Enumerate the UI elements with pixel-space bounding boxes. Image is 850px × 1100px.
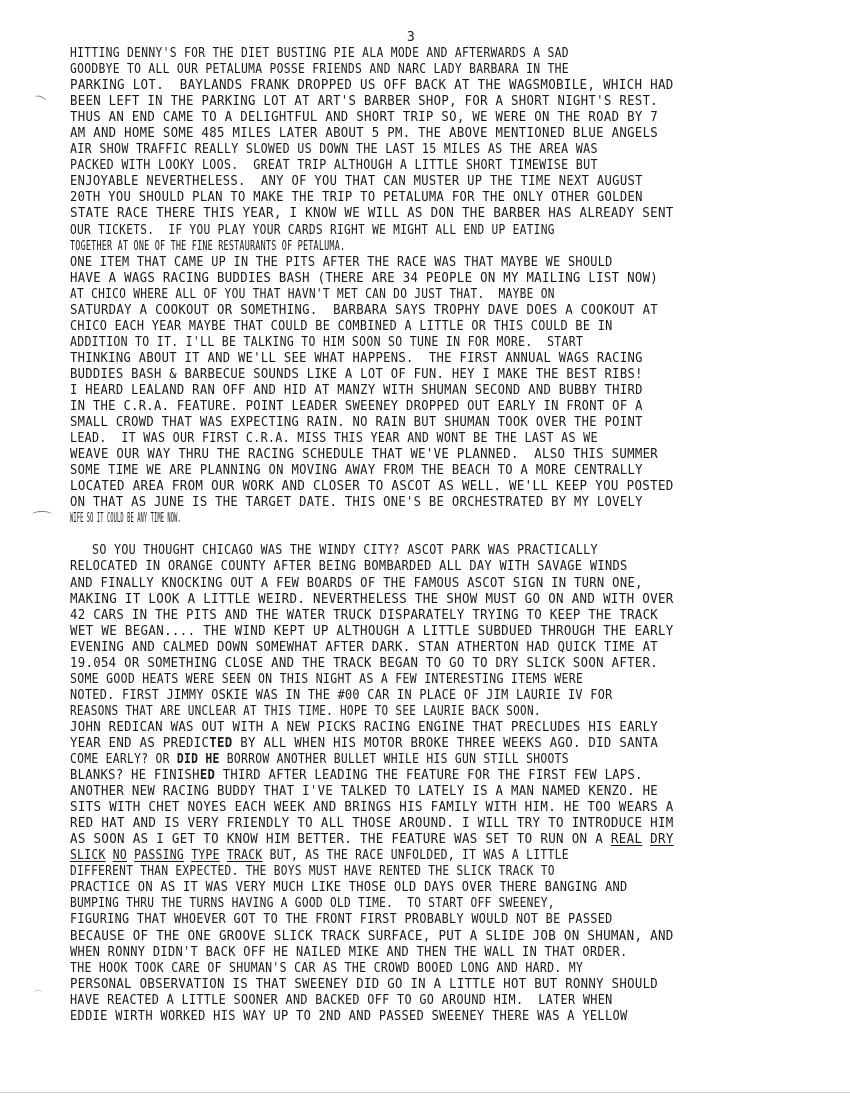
bold-text-run: TED	[209, 736, 232, 751]
text-line: DIFFERENT THAN EXPECTED. THE BOYS MUST H…	[70, 864, 731, 880]
text-line: PERSONAL OBSERVATION IS THAT SWEENEY DID…	[70, 977, 798, 993]
paragraph-gap	[70, 527, 850, 543]
underlined-text: SLICK	[70, 848, 106, 863]
paragraph-trip-home: HITTING DENNY'S FOR THE DIET BUSTING PIE…	[70, 46, 850, 255]
text-line: TOGETHER AT ONE OF THE FINE RESTAURANTS …	[70, 239, 568, 255]
text-run: THIRD AFTER LEADING THE FEATURE FOR THE …	[215, 768, 643, 783]
text-line: HITTING DENNY'S FOR THE DIET BUSTING PIE…	[70, 46, 741, 62]
text-line: RELOCATED IN ORANGE COUNTY AFTER BEING B…	[70, 559, 779, 575]
text-line: SOME GOOD HEATS WERE SEEN ON THIS NIGHT …	[70, 672, 750, 688]
text-run: COME EARLY? OR	[70, 752, 177, 767]
text-line: THINKING ABOUT IT AND WE'LL SEE WHAT HAP…	[70, 351, 789, 367]
text-run: BORROW ANOTHER BULLET WHILE HIS GUN STIL…	[220, 752, 569, 767]
text-run: YEAR END AS PREDIC	[70, 736, 209, 751]
text-line: ANOTHER NEW RACING BUDDY THAT I'VE TALKE…	[70, 784, 798, 800]
text-line: PARKING LOT. BAYLANDS FRANK DROPPED US O…	[70, 78, 808, 94]
bold-text-run: ED	[200, 768, 215, 783]
text-line: THE HOOK TOOK CARE OF SHUMAN'S CAR AS TH…	[70, 961, 750, 977]
text-run: BUT, AS THE RACE UNFOLDED, IT WAS A LITT…	[262, 848, 568, 863]
text-line: BEEN LEFT IN THE PARKING LOT AT ART'S BA…	[70, 94, 798, 110]
margin-pencil-mark	[32, 511, 52, 518]
text-line: YEAR END AS PREDICTED BY ALL WHEN HIS MO…	[70, 736, 798, 752]
text-line: THUS AN END CAME TO A DELIGHTFUL AND SHO…	[70, 110, 798, 126]
text-line: 19.054 OR SOMETHING CLOSE AND THE TRACK …	[70, 656, 798, 672]
text-line: CHICO EACH YEAR MAYBE THAT COULD BE COMB…	[70, 319, 769, 335]
text-line: SATURDAY A COOKOUT OR SOMETHING. BARBARA…	[70, 303, 798, 319]
text-line: ON THAT AS JUNE IS THE TARGET DATE. THIS…	[70, 495, 789, 511]
text-line: BUDDIES BASH & BARBECUE SOUNDS LIKE A LO…	[70, 367, 789, 383]
text-line: 42 CARS IN THE PITS AND THE WATER TRUCK …	[70, 608, 798, 624]
underlined-text: PASSING	[134, 848, 184, 863]
text-line: AS SOON AS I GET TO KNOW HIM BETTER. THE…	[70, 832, 808, 848]
text-line: AIR SHOW TRAFFIC REALLY SLOWED US DOWN T…	[70, 142, 760, 158]
paragraph-ascot-report: SO YOU THOUGHT CHICAGO WAS THE WINDY CIT…	[70, 543, 850, 1024]
text-line: 20TH YOU SHOULD PLAN TO MAKE THE TRIP TO…	[70, 190, 789, 206]
text-line: BECAUSE OF THE ONE GROOVE SLICK TRACK SU…	[70, 929, 808, 945]
text-line: HAVE A WAGS RACING BUDDIES BASH (THERE A…	[70, 271, 798, 287]
text-line: COME EARLY? OR DID HE BORROW ANOTHER BUL…	[70, 752, 741, 768]
text-line: SMALL CROWD THAT WAS EXPECTING RAIN. NO …	[70, 415, 789, 431]
text-line: ENJOYABLE NEVERTHELESS. ANY OF YOU THAT …	[70, 174, 789, 190]
text-line: LEAD. IT WAS OUR FIRST C.R.A. MISS THIS …	[70, 431, 760, 447]
text-line: NOTED. FIRST JIMMY OSKIE WAS IN THE #00 …	[70, 688, 769, 704]
text-run: AS SOON AS I GET TO KNOW HIM BETTER. THE…	[70, 832, 611, 847]
text-line: PRACTICE ON AS IT WAS VERY MUCH LIKE THO…	[70, 880, 779, 896]
text-line: SLICK NO PASSING TYPE TRACK BUT, AS THE …	[70, 848, 741, 864]
margin-pencil-mark	[33, 990, 43, 997]
text-line: BUMPING THRU THE TURNS HAVING A GOOD OLD…	[70, 896, 731, 912]
text-line: IN THE C.R.A. FEATURE. POINT LEADER SWEE…	[70, 399, 789, 415]
text-line: SOME TIME WE ARE PLANNING ON MOVING AWAY…	[70, 463, 789, 479]
page-number: 3	[0, 30, 836, 45]
text-line: ONE ITEM THAT CAME UP IN THE PITS AFTER …	[70, 255, 769, 271]
text-line: OUR TICKETS. IF YOU PLAY YOUR CARDS RIGH…	[70, 223, 731, 239]
underlined-text: TYPE	[191, 848, 220, 863]
text-line: MAKING IT LOOK A LITTLE WEIRD. NEVERTHEL…	[70, 592, 808, 608]
text-line: WET WE BEGAN.... THE WIND KEPT UP ALTHOU…	[70, 624, 808, 640]
body-text: HITTING DENNY'S FOR THE DIET BUSTING PIE…	[70, 46, 850, 1025]
text-line: ADDITION TO IT. I'LL BE TALKING TO HIM S…	[70, 335, 750, 351]
text-line: EDDIE WIRTH WORKED HIS WAY UP TO 2ND AND…	[70, 1009, 779, 1025]
text-line: SO YOU THOUGHT CHICAGO WAS THE WINDY CIT…	[70, 543, 760, 559]
underlined-text: REAL	[611, 832, 642, 847]
text-line: GOODBYE TO ALL OUR PETALUMA POSSE FRIEND…	[70, 62, 741, 78]
text-line: I HEARD LEALAND RAN OFF AND HID AT MANZY…	[70, 383, 789, 399]
text-line: AT CHICO WHERE ALL OF YOU THAT HAVN'T ME…	[70, 287, 731, 303]
text-line: RED HAT AND IS VERY FRIENDLY TO ALL THOS…	[70, 816, 808, 832]
text-line: AND FINALLY KNOCKING OUT A FEW BOARDS OF…	[70, 576, 789, 592]
text-line: FIGURING THAT WHOEVER GOT TO THE FRONT F…	[70, 912, 769, 928]
text-line: PACKED WITH LOOKY LOOS. GREAT TRIP ALTHO…	[70, 158, 760, 174]
text-line: WHEN RONNY DIDN'T BACK OFF HE NAILED MIK…	[70, 945, 779, 961]
bold-text-run: DID HE	[177, 752, 220, 767]
text-line: JOHN REDICAN WAS OUT WITH A NEW PICKS RA…	[70, 720, 798, 736]
text-line: REASONS THAT ARE UNCLEAR AT THIS TIME. H…	[70, 704, 721, 720]
page-bottom-edge	[0, 1092, 850, 1093]
text-line: HAVE REACTED A LITTLE SOONER AND BACKED …	[70, 993, 769, 1009]
underlined-text: DRY	[650, 832, 674, 847]
underlined-text: TRACK	[227, 848, 263, 863]
paragraph-cra-feature: I HEARD LEALAND RAN OFF AND HID AT MANZY…	[70, 383, 850, 527]
text-line: STATE RACE THERE THIS YEAR, I KNOW WE WI…	[70, 206, 808, 222]
text-run: BY ALL WHEN HIS MOTOR BROKE THREE WEEKS …	[232, 736, 658, 751]
text-line: BLANKS? HE FINISHED THIRD AFTER LEADING …	[70, 768, 789, 784]
text-line: AM AND HOME SOME 485 MILES LATER ABOUT 5…	[70, 126, 798, 142]
text-line: WEAVE OUR WAY THRU THE RACING SCHEDULE T…	[70, 447, 798, 463]
text-line: EVENING AND CALMED DOWN SOMEWHAT AFTER D…	[70, 640, 798, 656]
text-line: LOCATED AREA FROM OUR WORK AND CLOSER TO…	[70, 479, 808, 495]
paragraph-buddies-bash: ONE ITEM THAT CAME UP IN THE PITS AFTER …	[70, 255, 850, 383]
text-run: BLANKS? HE FINISH	[70, 768, 200, 783]
text-line: SITS WITH CHET NOYES EACH WEEK AND BRING…	[70, 800, 808, 816]
text-line: WIFE SO IT COULD BE ANY TIME NOW.	[70, 511, 386, 527]
underlined-text: NO	[113, 848, 127, 863]
margin-pencil-mark	[33, 94, 47, 105]
